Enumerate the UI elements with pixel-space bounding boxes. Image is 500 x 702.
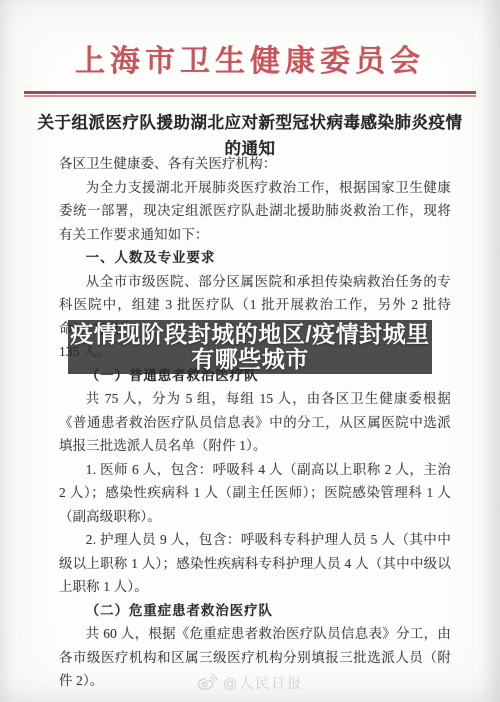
salutation: 各区卫生健康委、各有关医疗机构：: [59, 152, 451, 176]
document-title-line-1: 关于组派医疗队援助湖北应对新型冠状病毒感染肺炎疫情: [38, 113, 463, 132]
video-caption-overlay: 疫情现阶段封城的地区/疫情封城里 有哪些城市: [68, 320, 432, 374]
document-photo: 上海市卫生健康委员会 关于组派医疗队援助湖北应对新型冠状病毒感染肺炎疫情的通知 …: [0, 0, 500, 702]
caption-line-2: 有哪些城市: [68, 347, 432, 372]
letterhead-divider: [24, 91, 476, 97]
intro-paragraph: 为全力支援湖北开展肺炎医疗救治工作，根据国家卫生健康委统一部署，现决定组派医疗队…: [59, 176, 451, 247]
section-1-heading: 一、人数及专业要求: [59, 246, 451, 270]
caption-line-1: 疫情现阶段封城的地区/疫情封城里: [68, 322, 432, 347]
watermark-handle: @人民日报: [223, 675, 303, 691]
weibo-icon: [197, 674, 218, 691]
subsection-1-paragraph: 共 75 人，分为 5 组，每组 15 人，由各区卫生健康委根据《普通患者救治医…: [59, 387, 451, 458]
nurse-requirement-item: 2. 护理人员 9 人，包含：呼吸科专科护理人员 5 人（其中中级以上职称 1 …: [59, 528, 451, 599]
agency-name: 上海市卫生健康委员会: [0, 36, 500, 80]
document-body: 各区卫生健康委、各有关医疗机构： 为全力支援湖北开展肺炎医疗救治工作，根据国家卫…: [59, 152, 451, 693]
doctor-requirement-item: 1. 医师 6 人，包含：呼吸科 4 人（副高以上职称 2 人，主治 2 人）；…: [59, 458, 451, 529]
subsection-2-heading: （二）危重症患者救治医疗队: [59, 599, 451, 623]
watermark: @人民日报: [0, 673, 500, 693]
